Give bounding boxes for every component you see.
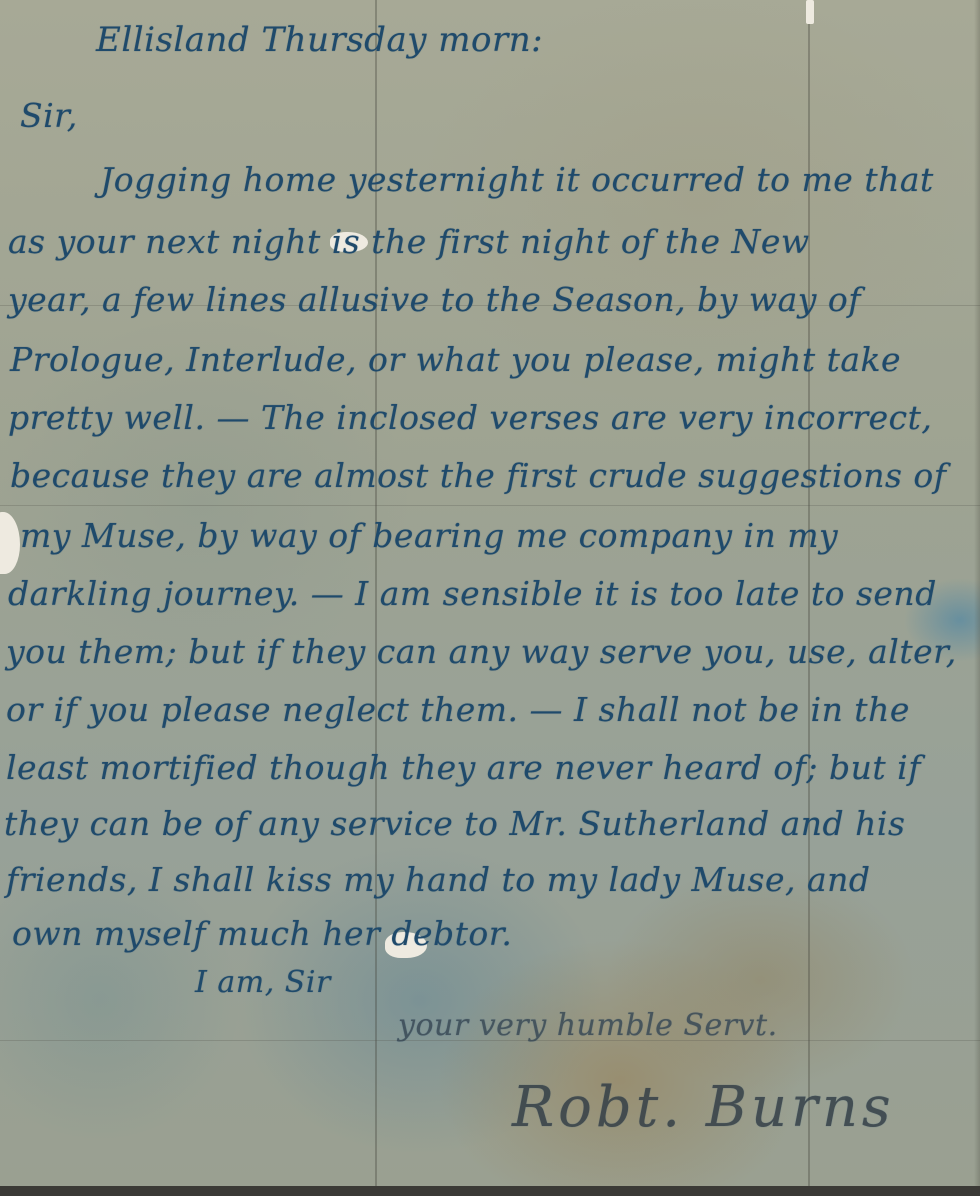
letter-line-3: year, a few lines allusive to the Season… — [8, 280, 861, 319]
letter-line-4: Prologue, Interlude, or what you please,… — [10, 340, 901, 379]
letter-line-13: friends, I shall kiss my hand to my lady… — [6, 860, 871, 899]
letter-line-6: because they are almost the first crude … — [10, 456, 947, 495]
fold-line-horizontal-2 — [0, 505, 980, 506]
closing: I am, Sir — [195, 965, 331, 1000]
salutation: Sir, — [20, 96, 78, 135]
letter-line-12: they can be of any service to Mr. Suther… — [4, 804, 905, 843]
scan-bottom-edge — [0, 1186, 980, 1196]
letter-line-10: or if you please neglect them. — I shall… — [6, 690, 910, 729]
paper-fold-tear — [806, 0, 814, 24]
letter-line-7: my Muse, by way of bearing me company in… — [20, 516, 838, 555]
letter-line-2: as your next night is the first night of… — [8, 222, 810, 261]
letter-line-5: pretty well. — The inclosed verses are v… — [8, 398, 932, 437]
letter-line-14: own myself much her debtor. — [12, 914, 512, 953]
letter-line-11: least mortified though they are never he… — [6, 748, 921, 787]
letter-line-1: Jogging home yesternight it occurred to … — [100, 160, 934, 199]
letter-line-9: you them; but if they can any way serve … — [6, 632, 957, 671]
signature: Robt. Burns — [512, 1075, 895, 1140]
paper-right-edge — [974, 0, 980, 1188]
letter-line-8: darkling journey. — I am sensible it is … — [8, 574, 937, 613]
dateline: Ellisland Thursday morn: — [96, 20, 543, 60]
valediction: your very humble Servt. — [398, 1008, 778, 1043]
